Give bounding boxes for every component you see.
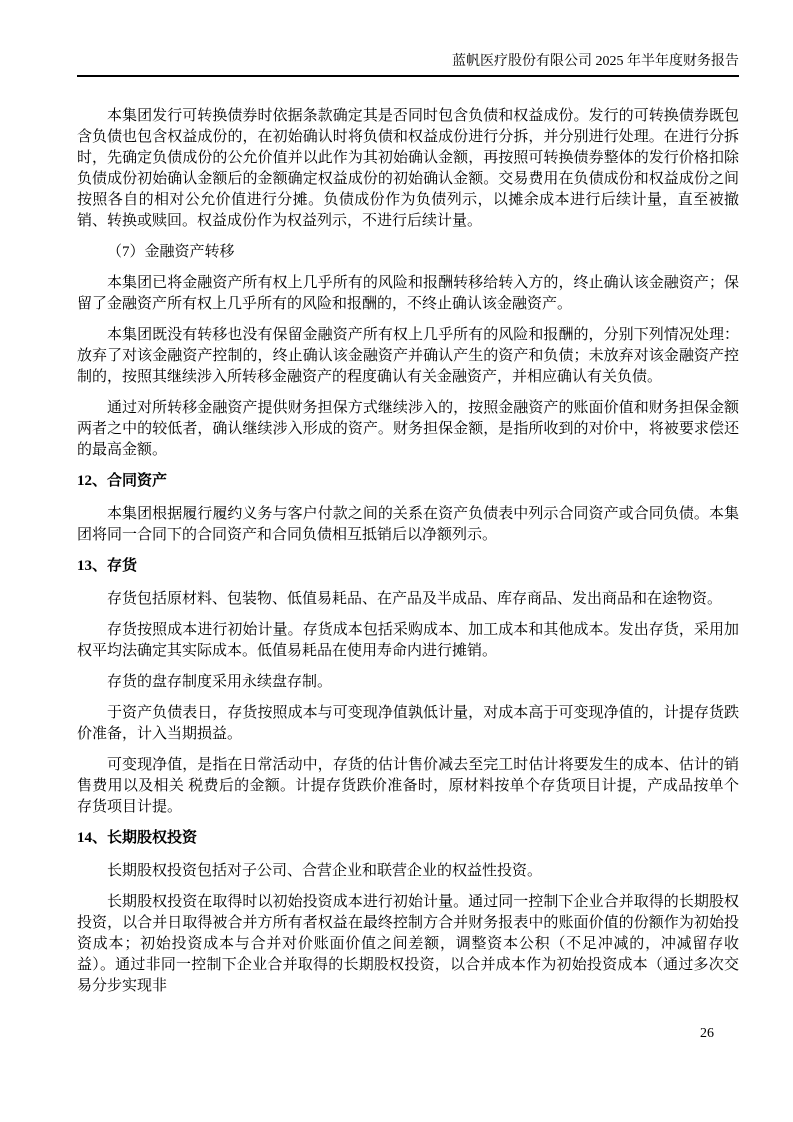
paragraph-neither-transfer-retain: 本集团既没有转移也没有保留金融资产所有权上几乎所有的风险和报酬的，分别下列情况处… [77, 325, 739, 388]
section-heading-12-contract-assets: 12、合同资产 [77, 471, 739, 492]
paragraph-lt-equity-scope: 长期股权投资包括对子公司、合营企业和联营企业的权益性投资。 [77, 861, 739, 882]
subsection-heading-asset-transfer: （7）金融资产转移 [77, 242, 739, 263]
paragraph-inventory-nrv-test: 于资产负债表日，存货按照成本与可变现净值孰低计量，对成本高于可变现净值的，计提存… [77, 703, 739, 745]
paragraph-contract-assets: 本集团根据履行履约义务与客户付款之间的关系在资产负债表中列示合同资产或合同负债。… [77, 504, 739, 546]
paragraph-convertible-bonds: 本集团发行可转换债券时依据条款确定其是否同时包含负债和权益成份。发行的可转换债券… [77, 106, 739, 232]
document-body: 本集团发行可转换债券时依据条款确定其是否同时包含负债和权益成份。发行的可转换债券… [77, 106, 739, 1007]
paragraph-inventory-scope: 存货包括原材料、包装物、低值易耗品、在产品及半成品、库存商品、发出商品和在途物资… [77, 589, 739, 610]
page-header: 蓝帆医疗股份有限公司 2025 年半年度财务报告 [77, 53, 739, 77]
paragraph-lt-equity-measurement: 长期股权投资在取得时以初始投资成本进行初始计量。通过同一控制下企业合并取得的长期… [77, 892, 739, 997]
page-number: 26 [700, 1025, 714, 1043]
paragraph-transfer-derecognition: 本集团已将金融资产所有权上几乎所有的风险和报酬转移给转入方的，终止确认该金融资产… [77, 273, 739, 315]
header-title: 蓝帆医疗股份有限公司 2025 年半年度财务报告 [452, 54, 739, 69]
section-heading-14-lt-equity: 14、长期股权投资 [77, 828, 739, 849]
paragraph-inventory-measurement: 存货按照成本进行初始计量。存货成本包括采购成本、加工成本和其他成本。发出存货，采… [77, 620, 739, 662]
paragraph-financial-guarantee: 通过对所转移金融资产提供财务担保方式继续涉入的，按照金融资产的账面价值和财务担保… [77, 398, 739, 461]
section-heading-13-inventory: 13、存货 [77, 556, 739, 577]
report-page: 蓝帆医疗股份有限公司 2025 年半年度财务报告 本集团发行可转换债券时依据条款… [0, 0, 793, 1122]
paragraph-nrv-definition: 可变现净值，是指在日常活动中，存货的估计售价减去至完工时估计将要发生的成本、估计… [77, 755, 739, 818]
paragraph-inventory-system: 存货的盘存制度采用永续盘存制。 [77, 672, 739, 693]
